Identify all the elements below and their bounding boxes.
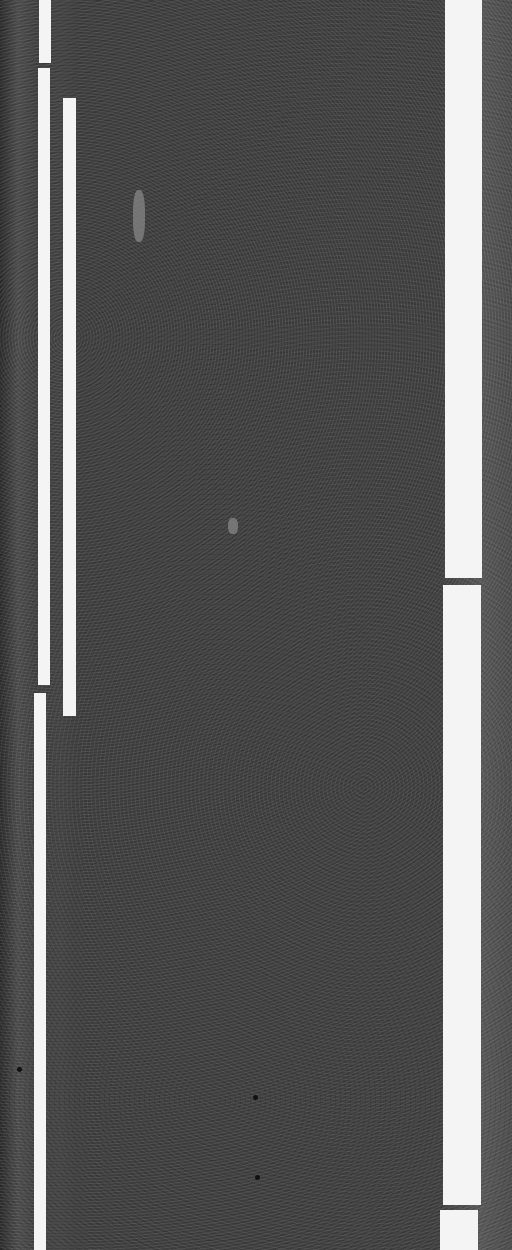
- right-edge-marking: [445, 0, 482, 578]
- road-debris: [253, 1095, 258, 1100]
- left-edge-marking: [34, 693, 46, 1250]
- road-debris: [17, 1067, 22, 1072]
- left-edge-marking: [38, 68, 50, 685]
- asphalt-texture: [0, 0, 512, 1250]
- road-debris: [255, 1175, 260, 1180]
- inner-lane-marking: [63, 98, 76, 716]
- right-edge-marking: [440, 1210, 478, 1250]
- right-edge-marking: [443, 585, 481, 1205]
- road-aerial-image: [0, 0, 512, 1250]
- left-edge-marking: [39, 0, 51, 63]
- road-stain: [133, 190, 145, 242]
- road-stain: [228, 518, 238, 534]
